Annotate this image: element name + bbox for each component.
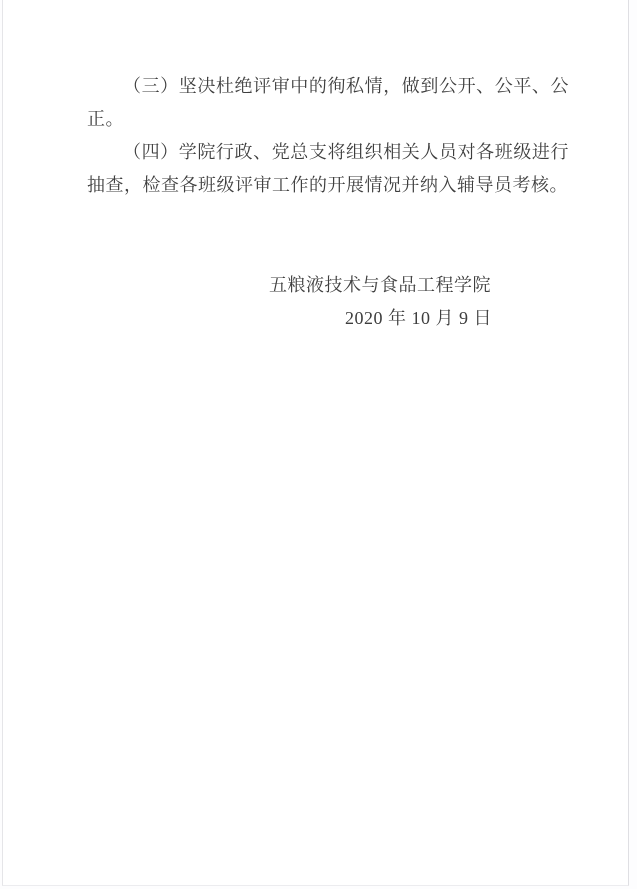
paragraph-3-line-2: 正。 <box>87 103 569 136</box>
signature-date: 2020 年 10 月 9 日 <box>345 302 492 335</box>
paragraph-4-line-2: 抽查，检查各班级评审工作的开展情况并纳入辅导员考核。 <box>87 169 569 202</box>
signature-organization: 五粮液技术与食品工程学院 <box>269 269 491 302</box>
paragraph-4-line-1: （四）学院行政、党总支将组织相关人员对各班级进行 <box>87 136 569 169</box>
document-body: （三）坚决杜绝评审中的徇私情，做到公开、公平、公 正。 （四）学院行政、党总支将… <box>87 70 569 202</box>
paragraph-3-line-1: （三）坚决杜绝评审中的徇私情，做到公开、公平、公 <box>87 70 569 103</box>
